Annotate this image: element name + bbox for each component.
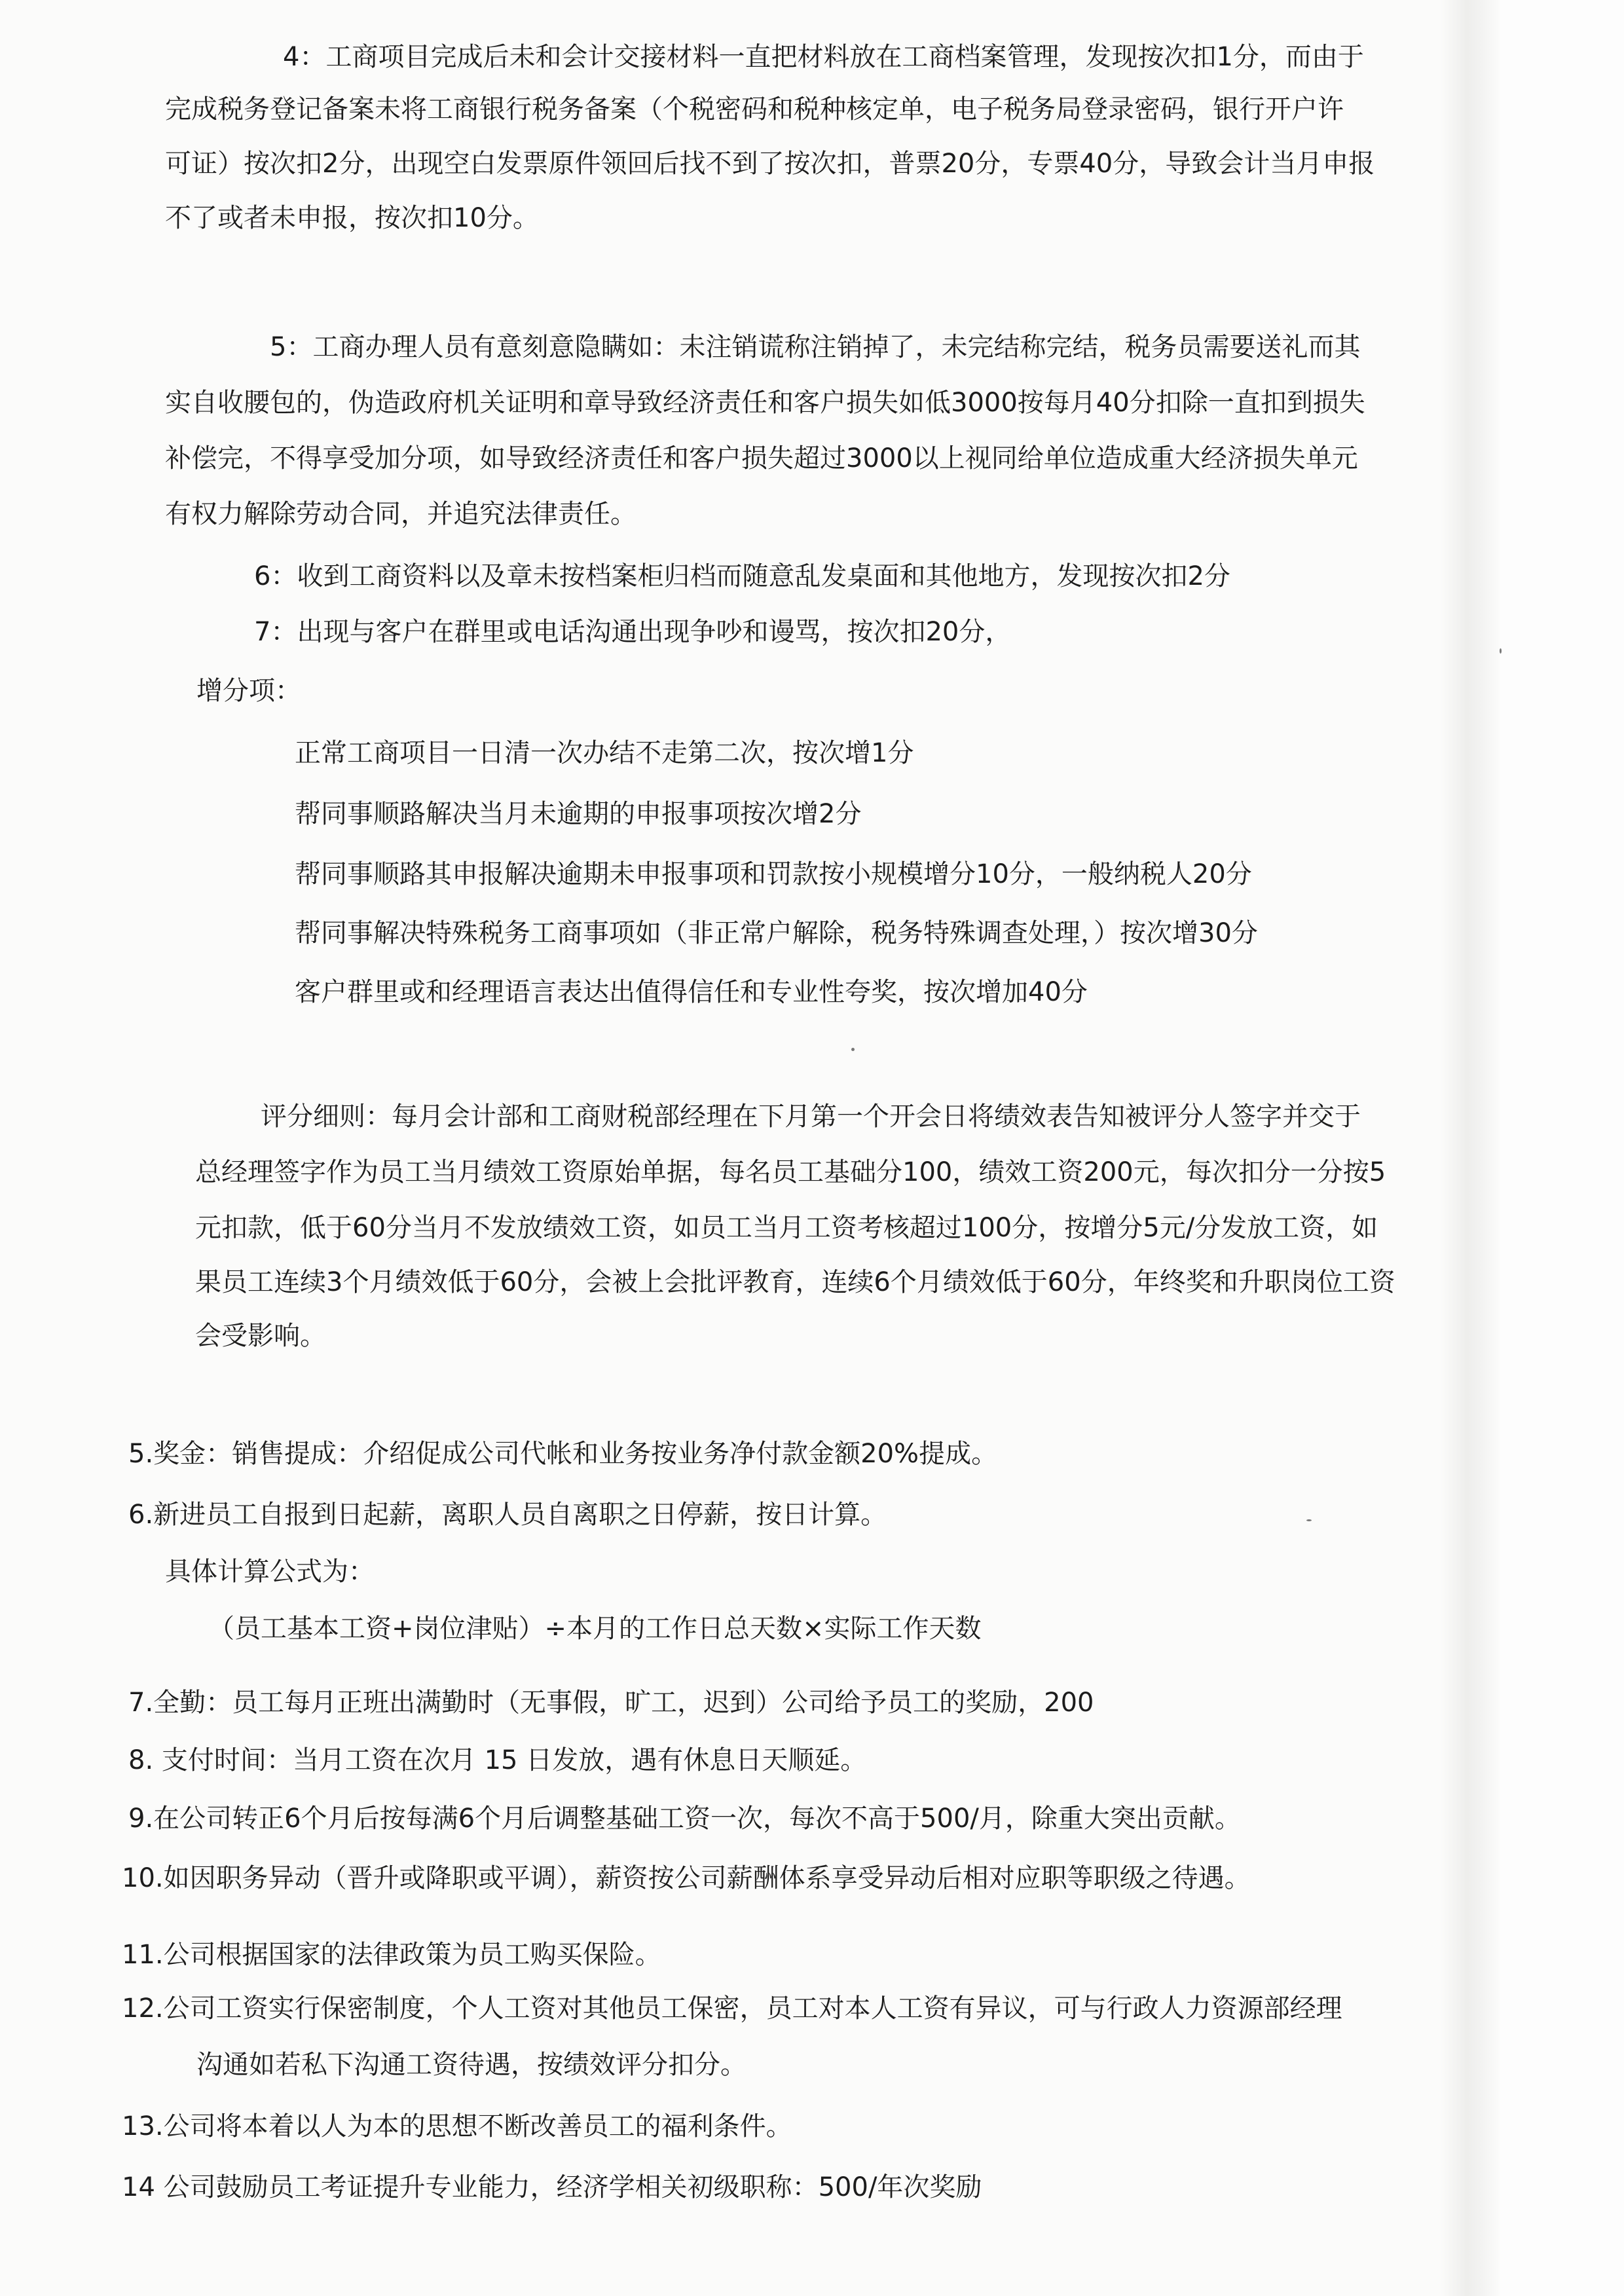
clause-12-confidentiality-line-1: 12.公司工资实行保密制度，个人工资对其他员工保密，员工对本人工资有异议，可与行… (122, 1992, 1342, 2025)
clause-8-pay-date: 8. 支付时间：当月工资在次月 15 日发放，遇有休息日天顺延。 (128, 1744, 866, 1777)
bonus-item-1: 正常工商项目一日清一次办结不走第二次，按次增1分 (295, 737, 913, 769)
scoring-rules-line-1: 评分细则：每月会计部和工商财税部经理在下月第一个开会日将绩效表告知被评分人签字并… (261, 1100, 1361, 1133)
scoring-rules-line-3: 元扣款，低于60分当月不发放绩效工资，如员工当月工资考核超过100分，按增分5元… (195, 1212, 1378, 1244)
deduction-item-4-line-2: 完成税务登记备案未将工商银行税务备案（个税密码和税种核定单，电子税务局登录密码，… (165, 93, 1344, 126)
scan-speck (1500, 648, 1502, 654)
clause-11-insurance: 11.公司根据国家的法律政策为员工购买保险。 (122, 1938, 661, 1971)
deduction-item-5-line-1: 5：工商办理人员有意刻意隐瞒如：未注销谎称注销掉了，未完结称完结，税务员需要送礼… (270, 331, 1360, 363)
pay-formula: （员工基本工资+岗位津贴）÷本月的工作日总天数×实际工作天数 (208, 1612, 982, 1645)
bonus-item-3: 帮同事顺路其申报解决逾期未申报事项和罚款按小规模增分10分，一般纳税人20分 (295, 858, 1252, 891)
deduction-item-4-line-4: 不了或者未申报，按次扣10分。 (165, 202, 539, 234)
clause-6-new-hire-pay: 6.新进员工自报到日起薪，离职人员自离职之日停薪，按日计算。 (128, 1498, 887, 1531)
scan-binding-shadow (1441, 0, 1500, 2296)
scan-page-margin (1500, 0, 1624, 2296)
deduction-item-5-line-2: 实自收腰包的，伪造政府机关证明和章导致经济责任和客户损失如低3000按每月40分… (165, 386, 1365, 419)
clause-14-certification: 14 公司鼓励员工考证提升专业能力，经济学相关初级职称：500/年次奖励 (122, 2171, 982, 2204)
clause-9-salary-adjust: 9.在公司转正6个月后按每满6个月后调整基础工资一次，每次不高于500/月，除重… (128, 1802, 1241, 1835)
scan-speck (851, 1048, 855, 1051)
deduction-item-7: 7：出现与客户在群里或电话沟通出现争吵和谩骂，按次扣20分， (254, 616, 1011, 648)
clause-12-confidentiality-line-2: 沟通如若私下沟通工资待遇，按绩效评分扣分。 (196, 2048, 747, 2081)
deduction-item-4-line-1: 4：工商项目完成后未和会计交接材料一直把材料放在工商档案管理，发现按次扣1分，而… (283, 41, 1364, 73)
deduction-item-5-line-3: 补偿完，不得享受加分项，如导致经济责任和客户损失超过3000以上视同给单位造成重… (165, 442, 1358, 475)
deduction-item-6: 6：收到工商资料以及章未按档案柜归档而随意乱发桌面和其他地方，发现按次扣2分 (254, 560, 1230, 593)
clause-5-bonus: 5.奖金：销售提成：介绍促成公司代帐和业务按业务净付款金额20%提成。 (128, 1437, 997, 1470)
scoring-rules-line-5: 会受影响。 (195, 1320, 326, 1352)
clause-7-attendance: 7.全勤：员工每月正班出满勤时（无事假，旷工，迟到）公司给予员工的奖励，200 (128, 1686, 1094, 1719)
scoring-rules-line-4: 果员工连续3个月绩效低于60分，会被上会批评教育，连续6个月绩效低于60分，年终… (195, 1266, 1395, 1299)
bonus-item-2: 帮同事顺路解决当月未逾期的申报事项按次增2分 (295, 798, 861, 830)
clause-10-job-change: 10.如因职务异动（晋升或降职或平调），薪资按公司薪酬体系享受异动后相对应职等职… (122, 1862, 1251, 1895)
bonus-item-5: 客户群里或和经理语言表达出值得信任和专业性夸奖，按次增加40分 (295, 976, 1088, 1009)
clause-13-welfare: 13.公司将本着以人为本的思想不断改善员工的福利条件。 (122, 2110, 792, 2143)
formula-label: 具体计算公式为： (165, 1555, 375, 1588)
deduction-item-4-line-3: 可证）按次扣2分，出现空白发票原件领回后找不到了按次扣，普票20分，专票40分，… (165, 147, 1375, 180)
bonus-item-4: 帮同事解决特殊税务工商事项如（非正常户解除，税务特殊调查处理，）按次增30分 (295, 917, 1258, 950)
scoring-rules-line-2: 总经理签字作为员工当月绩效工资原始单据，每名员工基础分100，绩效工资200元，… (195, 1156, 1386, 1189)
bonus-heading: 增分项： (196, 675, 301, 707)
deduction-item-5-line-4: 有权力解除劳动合同，并追究法律责任。 (165, 498, 637, 530)
scan-speck (1306, 1519, 1312, 1521)
